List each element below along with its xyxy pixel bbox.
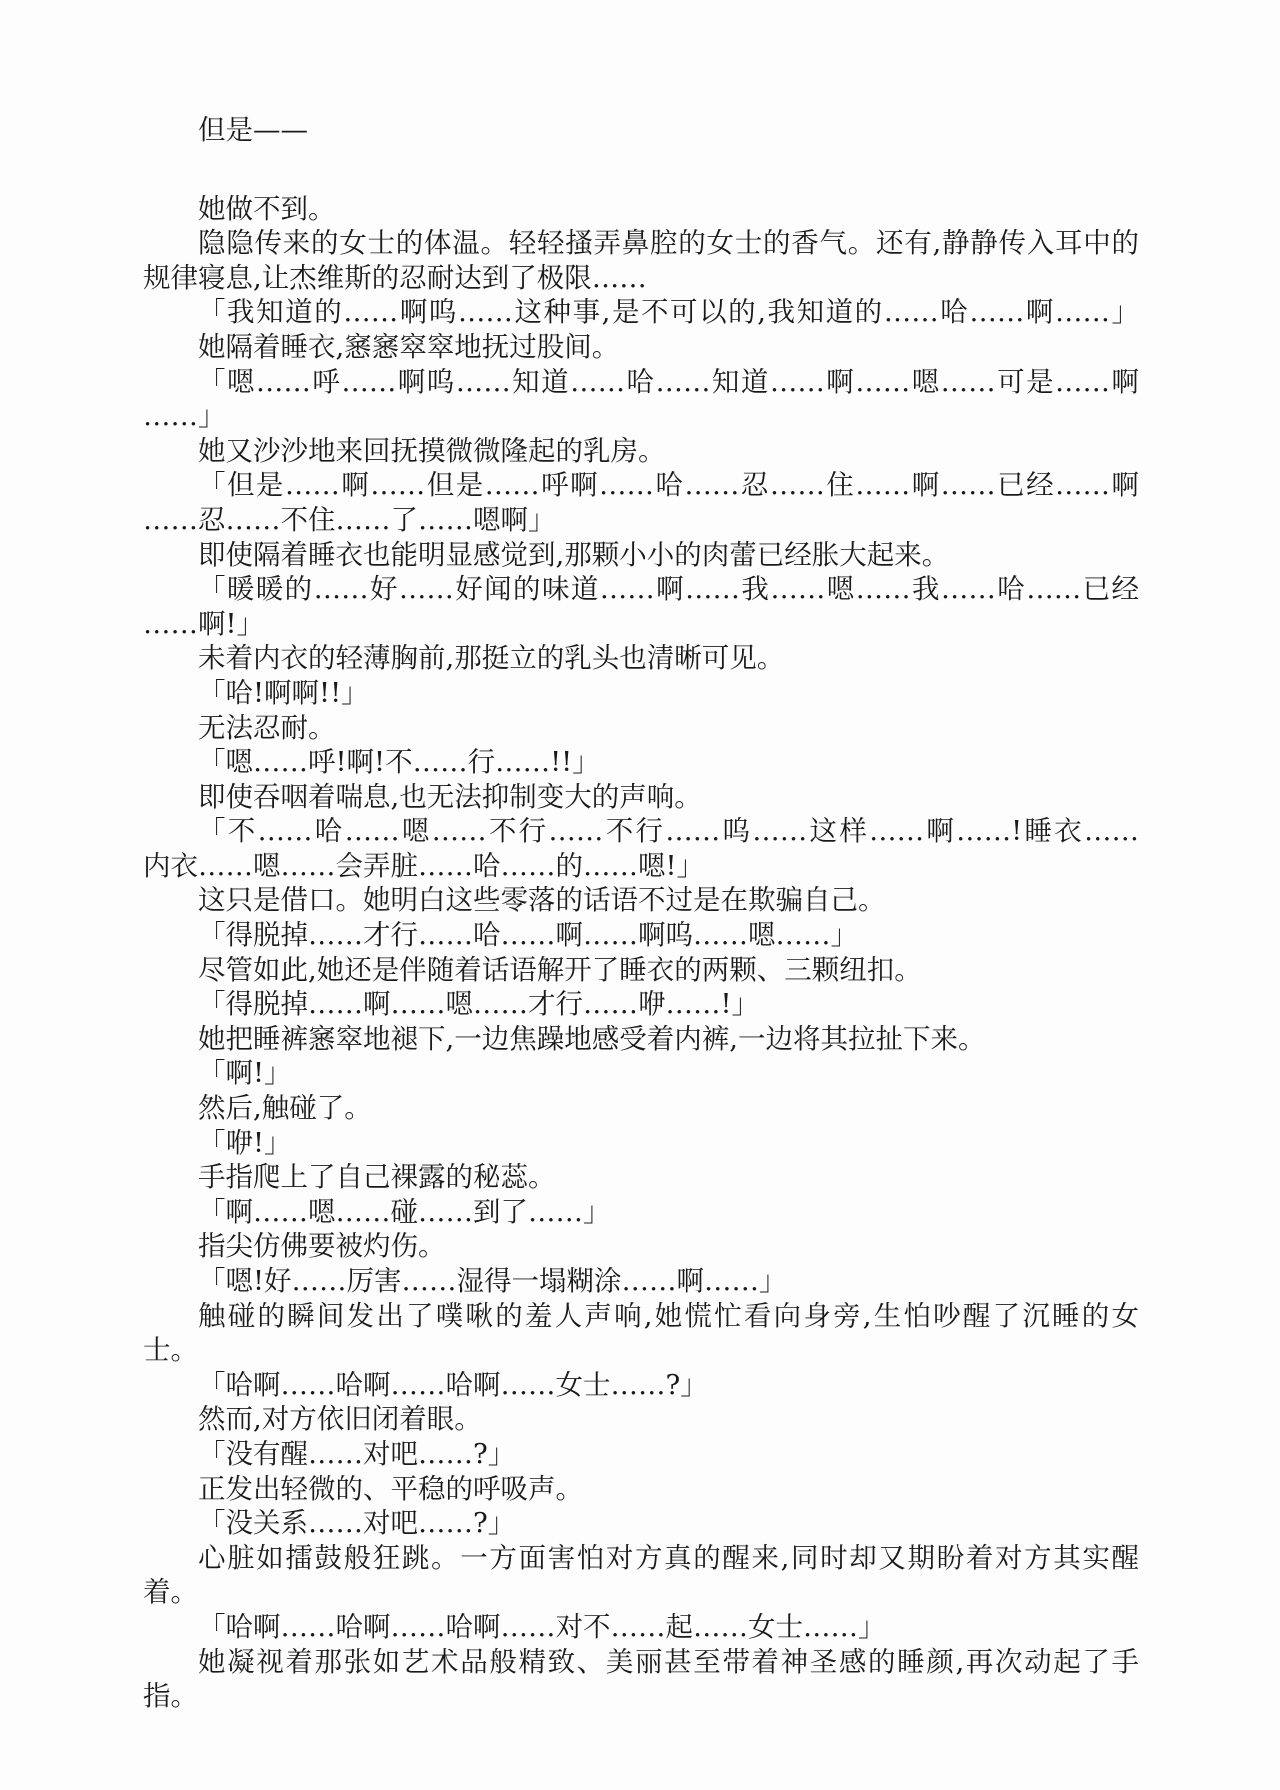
text-line: 然而,对方依旧闭着眼。 <box>143 1402 1139 1437</box>
text-line: 手指爬上了自己裸露的秘蕊。 <box>143 1160 1139 1195</box>
text-line: 「咿!」 <box>143 1126 1139 1161</box>
text-line: 内衣……嗯……会弄脏……哈……的……嗯!」 <box>143 849 1139 884</box>
text-line: 即使吞咽着喘息,也无法抑制变大的声响。 <box>143 780 1139 815</box>
novel-page: 但是——她做不到。隐隐传来的女士的体温。轻轻搔弄鼻腔的女士的香气。还有,静静传入… <box>0 0 1280 1790</box>
text-line: 「嗯!好……厉害……湿得一塌糊涂……啊……」 <box>143 1264 1139 1299</box>
text-line: 正发出轻微的、平稳的呼吸声。 <box>143 1472 1139 1507</box>
text-line: 指。 <box>143 1679 1139 1714</box>
text-line: 隐隐传来的女士的体温。轻轻搔弄鼻腔的女士的香气。还有,静静传入耳中的 <box>143 226 1139 261</box>
text-line: 「但是……啊……但是……呼啊……哈……忍……住……啊……已经……啊 <box>143 468 1139 503</box>
text-line: 规律寝息,让杰维斯的忍耐达到了极限…… <box>143 261 1139 296</box>
text-line: 无法忍耐。 <box>143 711 1139 746</box>
text-line: 然后,触碰了。 <box>143 1091 1139 1126</box>
text-line: 她又沙沙地来回抚摸微微隆起的乳房。 <box>143 434 1139 469</box>
text-line: 「啊!」 <box>143 1056 1139 1091</box>
text-line: 指尖仿佛要被灼伤。 <box>143 1229 1139 1264</box>
text-line: 「不……哈……嗯……不行……不行……呜……这样……啊……!睡衣…… <box>143 814 1139 849</box>
text-line: 未着内衣的轻薄胸前,那挺立的乳头也清晰可见。 <box>143 641 1139 676</box>
text-line: 「没有醒……对吧……?」 <box>143 1437 1139 1472</box>
text-line: ……」 <box>143 399 1139 434</box>
novel-text-body: 但是——她做不到。隐隐传来的女士的体温。轻轻搔弄鼻腔的女士的香气。还有,静静传入… <box>143 113 1139 1714</box>
text-line: 「哈!啊啊!!」 <box>143 676 1139 711</box>
text-line: 她隔着睡衣,窸窸窣窣地抚过股间。 <box>143 330 1139 365</box>
text-line: 「嗯……呼!啊!不……行……!!」 <box>143 745 1139 780</box>
text-line: 「得脱掉……啊……嗯……才行……咿……!」 <box>143 987 1139 1022</box>
text-line: 着。 <box>143 1575 1139 1610</box>
text-line: 这只是借口。她明白这些零落的话语不过是在欺骗自己。 <box>143 883 1139 918</box>
text-line: 尽管如此,她还是伴随着话语解开了睡衣的两颗、三颗纽扣。 <box>143 953 1139 988</box>
text-line: 她凝视着那张如艺术品般精致、美丽甚至带着神圣感的睡颜,再次动起了手 <box>143 1645 1139 1680</box>
text-line: 但是—— <box>143 113 1139 148</box>
text-line: 「哈啊……哈啊……哈啊……女士……?」 <box>143 1368 1139 1403</box>
text-line: 「暖暖的……好……好闻的味道……啊……我……嗯……我……哈……已经 <box>143 572 1139 607</box>
text-line: 「得脱掉……才行……哈……啊……啊呜……嗯……」 <box>143 918 1139 953</box>
text-line: 即使隔着睡衣也能明显感觉到,那颗小小的肉蕾已经胀大起来。 <box>143 538 1139 573</box>
text-line: ……忍……不住……了……嗯啊」 <box>143 503 1139 538</box>
text-line: 她把睡裤窸窣地褪下,一边焦躁地感受着内裤,一边将其拉扯下来。 <box>143 1022 1139 1057</box>
text-line: 「哈啊……哈啊……哈啊……对不……起……女士……」 <box>143 1610 1139 1645</box>
text-line: 她做不到。 <box>143 192 1139 227</box>
text-line: 「我知道的……啊呜……这种事,是不可以的,我知道的……哈……啊……」 <box>143 295 1139 330</box>
text-line: 士。 <box>143 1333 1139 1368</box>
text-line: 「没关系……对吧……?」 <box>143 1506 1139 1541</box>
text-line: 触碰的瞬间发出了噗啾的羞人声响,她慌忙看向身旁,生怕吵醒了沉睡的女 <box>143 1299 1139 1334</box>
text-line: ……啊!」 <box>143 607 1139 642</box>
text-line: 「啊……嗯……碰……到了……」 <box>143 1195 1139 1230</box>
text-line: 心脏如擂鼓般狂跳。一方面害怕对方真的醒来,同时却又期盼着对方其实醒 <box>143 1541 1139 1576</box>
text-line: 「嗯……呼……啊呜……知道……哈……知道……啊……嗯……可是……啊 <box>143 365 1139 400</box>
